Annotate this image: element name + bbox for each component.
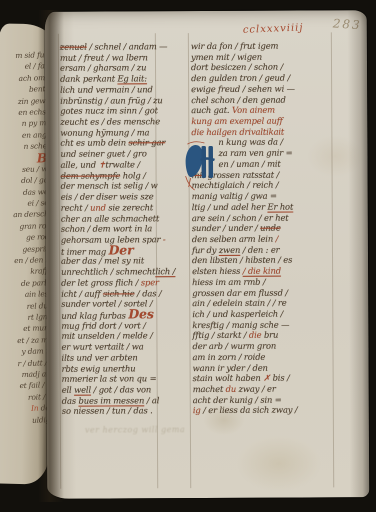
text-column-left: zenuel / schnel / andam —mut / freut / w… — [60, 41, 189, 417]
manuscript-text-line: acht der kunig / sin = — [193, 394, 337, 405]
manuscript-text-line: dem schympfe holg / — [61, 170, 188, 181]
manuscript-text-line: den selben arm lein / — [192, 233, 336, 244]
manuscript-text-line: ewige freud / sehen wi — — [191, 83, 335, 94]
manuscript-text-line: icht / auff sich hie / das / — [61, 288, 188, 299]
manuscript-text-line: fftig / starkt / die bru — [192, 330, 336, 341]
manuscript-text-line: y dam m — [0, 345, 53, 358]
manuscript-text-line: manig valtig / gwa = — [192, 190, 336, 201]
manuscript-text-line: inbrünstig / aun früg / zu — [60, 95, 187, 106]
manuscript-text-line: gotes nucz im sinn / got — [60, 105, 187, 116]
manuscript-text-line: sunder / under / unde — [192, 223, 336, 234]
manuscript-text-line: ymen mit / wigen — [191, 51, 335, 62]
manuscript-text-line: cht es umb dein schir gar — [60, 138, 187, 149]
manuscript-text-line: kresftig / manig sche — — [192, 319, 336, 330]
manuscript-text-line: ell well / got / das von — [62, 384, 189, 395]
page-number: 283 — [332, 16, 362, 32]
manuscript-text-line: unrechtlich / schmechtlich / — [61, 266, 188, 277]
manuscript-text-line: so niessen / tun / das . — [62, 406, 189, 417]
manuscript-text-line: mmerier la st von qu = — [62, 373, 189, 384]
manuscript-text-line: der mensch ist selig / w — [61, 180, 188, 191]
manuscript-text-line: wir da fon / frut igem — [191, 40, 335, 51]
manuscript-text-line: ilts und ver arbten — [62, 352, 189, 363]
manuscript-text-line: stain wolt haben ✗ bis / — [193, 373, 337, 384]
manuscript-text-line: recht / und sie zerecht — [61, 202, 188, 213]
manuscript-text-line: hiess im am rmb / — [192, 276, 336, 287]
manuscript-text-line: eis / der diser weis sze — [61, 191, 188, 202]
manuscript-photo: m sid fuel / faach ombentzin gewen echsn… — [0, 0, 376, 512]
manuscript-text-line: den gulden tron / geud / — [191, 72, 335, 83]
manuscript-text-line: ltig / und adel her Er hot — [192, 201, 336, 212]
manuscript-text-line: sunder vortel / sortel / — [61, 298, 188, 309]
manuscript-text-line: das bues im messen / al — [62, 395, 189, 406]
folio-heading: cclxxxviiij — [243, 22, 304, 35]
manuscript-text-line: wann ir yder / den — [193, 362, 337, 373]
manuscript-text-line: fur dy zwen / den : er — [192, 244, 336, 255]
manuscript-text-line: ig / er liess da sich zway / — [193, 405, 337, 416]
manuscript-text-line: lich und vermain / und — [60, 84, 187, 95]
manuscript-text-line: are sein / schon / er het — [192, 212, 336, 223]
manuscript-text-line: schon / dem wort in la — [61, 223, 188, 234]
manuscript-text-line: kung am exempel auff — [191, 115, 335, 126]
manuscript-text-line: aber das / mel sy nit — [61, 255, 188, 266]
manuscript-text-line: ain / edelein stain / / re — [192, 298, 336, 309]
manuscript-text-line: der arb / wurm gron — [192, 340, 336, 351]
manuscript-text-line: cher an alle schmachett — [61, 213, 188, 224]
erased-line: ver herczog will gema — [85, 425, 185, 435]
text-column-right: wir da fon / frut igemymen mit / wigendo… — [191, 40, 337, 416]
manuscript-text-line: alle, und ✝trwalte / — [61, 159, 188, 170]
manuscript-text-line: chel schon / den genad — [191, 94, 335, 105]
manuscript-text-line: zeucht es / des mensche — [60, 116, 187, 127]
manuscript-text-line: dort besiczen / schon / — [191, 62, 335, 73]
manuscript-page: cclxxxviiij 283 zenuel / schnel / andam … — [45, 10, 370, 499]
manuscript-text-line: zenuel / schnel / andam — — [60, 41, 187, 52]
manuscript-text-line: am in zorn / roide — [193, 351, 337, 362]
manuscript-text-line: der let gross flich / sper — [61, 277, 188, 288]
manuscript-text-line: mit unselden / melde / — [61, 331, 188, 342]
manuscript-text-line: wonung hÿmung / ma — [60, 127, 187, 138]
manuscript-text-line: den libsten / hibsten / es — [192, 255, 336, 266]
manuscript-text-line: elsten hiess / die kind — [192, 265, 336, 276]
blue-lombard-initial — [184, 140, 216, 192]
manuscript-text-line: ich / und kasperleich / — [192, 308, 336, 319]
manuscript-text-line: grossen dar em flussd / — [192, 287, 336, 298]
manuscript-text-line: mug frid dort / vort / — [61, 320, 188, 331]
manuscript-text-line: er wurt vertailt / wa — [61, 341, 188, 352]
manuscript-text-line: die hailgen drivaltikait — [191, 126, 335, 137]
manuscript-text-line: und seiner guet / gro — [60, 148, 187, 159]
manuscript-text-line: ersam / gharsam / zu — [60, 63, 187, 74]
manuscript-text-line: t imer mag Der — [61, 245, 188, 256]
manuscript-text-line: rbts ewig unerthu — [62, 363, 189, 374]
manuscript-text-line: auch gat. Von ainem — [191, 105, 335, 116]
manuscript-text-line: machet du zway / er — [193, 383, 337, 394]
manuscript-text-line: mut / freut / wa lbern — [60, 52, 187, 63]
manuscript-text-line: dank perkant Eg lait: — [60, 73, 187, 84]
manuscript-text-line: und klag furbas Des — [61, 309, 188, 320]
